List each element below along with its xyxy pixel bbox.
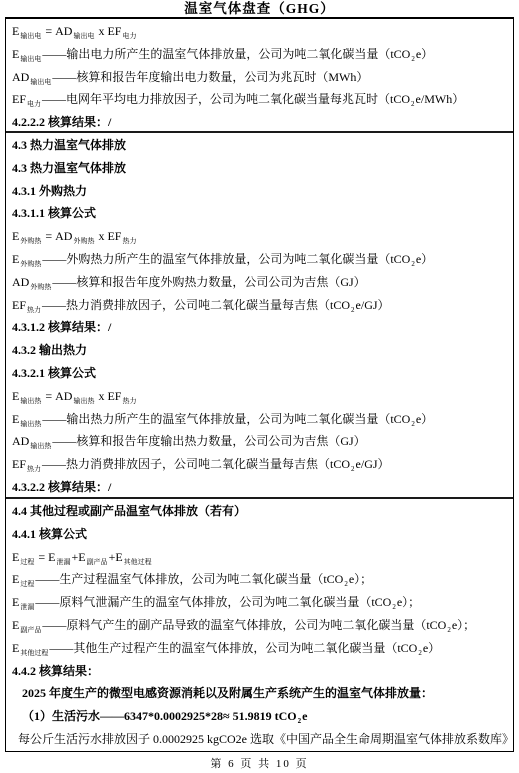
text-segment: e <box>302 709 307 723</box>
text-segment: ——外购热力所产生的温室气体排放量，公司为吨二氧化碳当量（tCO <box>42 252 410 266</box>
text-segment: 4.3.2 输出热力 <box>12 343 87 357</box>
document-page: 温室气体盘查（GHG） E输出电 = AD输出电 x EF电力E输出电——输出电… <box>0 0 519 773</box>
text-segment: E <box>12 229 19 243</box>
text-segment: E <box>12 550 19 564</box>
doc-line: E泄漏——原料气泄漏产生的温室气体排放，公司为吨二氧化碳当量（tCO2e）； <box>12 591 509 614</box>
table-cell-other-process: 4.4 其他过程或副产品温室气体排放（若有）4.4.1 核算公式E过程 = E泄… <box>6 499 513 748</box>
text-segment: x EF <box>95 24 121 38</box>
text-segment: x EF <box>95 389 121 403</box>
doc-line: 2025 年度生产的微型电感资源消耗以及附属生产系统产生的温室气体排放量： <box>12 682 509 705</box>
text-segment: ——热力消费排放因子，公司吨二氧化碳当量每吉焦（tCO <box>42 457 350 471</box>
text-segment: EF <box>12 92 26 106</box>
text-segment: ——核算和报告年度输出电力数量，公司为兆瓦时（MWh） <box>52 70 368 84</box>
text-segment: +E <box>109 550 123 564</box>
text-segment: = AD <box>42 24 72 38</box>
doc-line: AD外购热——核算和报告年度外购热力数量，公司公司为吉焦（GJ） <box>12 271 509 294</box>
page-title: 温室气体盘查（GHG） <box>0 0 519 17</box>
text-segment: ——热力消费排放因子，公司吨二氧化碳当量每吉焦（tCO <box>42 298 350 312</box>
formula-subscript: 其他过程 <box>20 649 48 657</box>
doc-line: （1）生活污水——6347*0.0002925*28≈ 51.9819 tCO2… <box>12 705 509 728</box>
formula-subscript: 2 <box>418 649 422 657</box>
text-segment: e） <box>423 641 440 655</box>
text-segment: e） <box>416 47 433 61</box>
text-segment: 4.4 其他过程或副产品温室气体排放（若有） <box>12 504 246 518</box>
text-segment: 4.3 热力温室气体排放 <box>12 138 126 152</box>
doc-line: E输出热——输出热力所产生的温室气体排放量，公司为吨二氧化碳当量（tCO2e） <box>12 408 509 431</box>
formula-subscript: 输出热 <box>20 397 41 405</box>
doc-line: 4.2.2.2 核算结果：/ <box>12 111 509 133</box>
formula-subscript: 2 <box>411 55 415 63</box>
text-segment: 4.2.2.2 核算结果：/ <box>12 115 111 129</box>
doc-line: EF电力——电网年平均电力排放因子，公司为吨二氧化碳当量每兆瓦时（tCO2e/M… <box>12 88 509 111</box>
text-segment: +E <box>71 550 85 564</box>
doc-line: 4.3.1.2 核算结果：/ <box>12 316 509 339</box>
text-segment: 4.3.2.1 核算公式 <box>12 366 96 380</box>
text-segment: = AD <box>42 389 72 403</box>
formula-subscript: 输出电 <box>20 32 41 40</box>
doc-line: 每公斤生活污水排放因子 0.0002925 kgCO2e 选取《中国产品全生命周… <box>12 728 509 748</box>
doc-line: E外购热——外购热力所产生的温室气体排放量，公司为吨二氧化碳当量（tCO2e） <box>12 248 509 271</box>
doc-line: AD输出热——核算和报告年度输出热力数量，公司公司为吉焦（GJ） <box>12 430 509 453</box>
formula-subscript: 2 <box>411 420 415 428</box>
text-segment: ——核算和报告年度输出热力数量，公司公司为吉焦（GJ） <box>52 434 365 448</box>
doc-line: 4.4 其他过程或副产品温室气体排放（若有） <box>12 500 509 523</box>
doc-line: E过程 = E泄漏+E副产品+E其他过程 <box>12 546 509 569</box>
text-segment: AD <box>12 434 29 448</box>
formula-subscript: 热力 <box>27 465 41 473</box>
formula-subscript: 副产品 <box>87 558 108 566</box>
text-segment: 4.3.1 外购热力 <box>12 184 87 198</box>
text-segment: 4.3.1.1 核算公式 <box>12 206 96 220</box>
text-segment: （1）生活污水——6347*0.0002925*28≈ 51.9819 tCO <box>22 709 297 723</box>
text-segment: E <box>12 618 19 632</box>
text-segment: e/MWh） <box>416 92 465 106</box>
text-segment: e）； <box>349 572 372 586</box>
ghg-content-table: E输出电 = AD输出电 x EF电力E输出电——输出电力所产生的温室气体排放量… <box>5 17 514 752</box>
text-segment: ——核算和报告年度外购热力数量，公司公司为吉焦（GJ） <box>52 275 365 289</box>
formula-subscript: 2 <box>411 260 415 268</box>
doc-line: E副产品——原料气产生的副产品导致的温室气体排放，公司为吨二氧化碳当量（tCO2… <box>12 614 509 637</box>
text-segment: E <box>12 252 19 266</box>
doc-line: E输出电——输出电力所产生的温室气体排放量，公司为吨二氧化碳当量（tCO2e） <box>12 43 509 66</box>
text-segment: ——其他生产过程产生的温室气体排放，公司为吨二氧化碳当量（tCO <box>49 641 417 655</box>
text-segment: x EF <box>95 229 121 243</box>
text-segment: = E <box>35 550 55 564</box>
text-segment: E <box>12 24 19 38</box>
formula-subscript: 泄漏 <box>20 603 34 611</box>
formula-subscript: 2 <box>411 100 415 108</box>
text-segment: = AD <box>42 229 72 243</box>
formula-subscript: 外购热 <box>30 283 51 291</box>
text-segment: e）； <box>452 618 475 632</box>
formula-subscript: 2 <box>351 306 355 314</box>
formula-subscript: 外购热 <box>20 237 41 245</box>
text-segment: ——原料气泄漏产生的温室气体排放，公司为吨二氧化碳当量（tCO <box>35 595 391 609</box>
doc-line: 4.4.2 核算结果： <box>12 660 509 683</box>
text-segment: 4.3.1.2 核算结果：/ <box>12 320 111 334</box>
doc-line: 4.3 热力温室气体排放 <box>12 157 509 180</box>
doc-line: 4.3.2.2 核算结果：/ <box>12 476 509 499</box>
page-number: 第 6 页 共 10 页 <box>0 755 519 771</box>
doc-line: 4.3 热力温室气体排放 <box>12 134 509 157</box>
text-segment: e） <box>416 412 433 426</box>
formula-subscript: 输出热 <box>73 397 94 405</box>
doc-line: AD输出电——核算和报告年度输出电力数量，公司为兆瓦时（MWh） <box>12 66 509 89</box>
doc-line: 4.3.2 输出热力 <box>12 339 509 362</box>
doc-line: 4.3.1 外购热力 <box>12 180 509 203</box>
formula-subscript: 输出电 <box>30 78 51 86</box>
formula-subscript: 泄漏 <box>56 558 70 566</box>
text-segment: E <box>12 389 19 403</box>
text-segment: E <box>12 572 19 586</box>
text-segment: E <box>12 412 19 426</box>
text-segment: AD <box>12 275 29 289</box>
formula-subscript: 电力 <box>122 32 136 40</box>
text-segment: ——电网年平均电力排放因子，公司为吨二氧化碳当量每兆瓦时（tCO <box>42 92 410 106</box>
formula-subscript: 电力 <box>27 100 41 108</box>
formula-subscript: 输出热 <box>30 442 51 450</box>
formula-subscript: 2 <box>392 603 396 611</box>
formula-subscript: 2 <box>447 626 451 634</box>
formula-subscript: 热力 <box>122 397 136 405</box>
doc-line: 4.3.1.1 核算公式 <box>12 202 509 225</box>
formula-subscript: 外购热 <box>73 237 94 245</box>
doc-line: E其他过程——其他生产过程产生的温室气体排放，公司为吨二氧化碳当量（tCO2e） <box>12 637 509 660</box>
doc-line: EF热力——热力消费排放因子，公司吨二氧化碳当量每吉焦（tCO2e/GJ） <box>12 294 509 317</box>
text-segment: E <box>12 595 19 609</box>
formula-subscript: 2 <box>298 717 302 725</box>
text-segment: ——输出热力所产生的温室气体排放量，公司为吨二氧化碳当量（tCO <box>42 412 410 426</box>
formula-subscript: 过程 <box>20 558 34 566</box>
text-segment: AD <box>12 70 29 84</box>
text-segment: E <box>12 47 19 61</box>
table-cell-output-electricity: E输出电 = AD输出电 x EF电力E输出电——输出电力所产生的温室气体排放量… <box>6 19 513 133</box>
doc-line: 4.3.2.1 核算公式 <box>12 362 509 385</box>
text-segment: 4.3 热力温室气体排放 <box>12 161 126 175</box>
formula-subscript: 输出热 <box>20 420 41 428</box>
doc-line: EF热力——热力消费排放因子，公司吨二氧化碳当量每吉焦（tCO2e/GJ） <box>12 453 509 476</box>
text-segment: ——原料气产生的副产品导致的温室气体排放，公司为吨二氧化碳当量（tCO <box>42 618 446 632</box>
formula-subscript: 外购热 <box>20 260 41 268</box>
formula-subscript: 2 <box>344 580 348 588</box>
formula-subscript: 热力 <box>122 237 136 245</box>
text-segment: ——输出电力所产生的温室气体排放量，公司为吨二氧化碳当量（tCO <box>42 47 410 61</box>
text-segment: E <box>12 641 19 655</box>
text-segment: 4.3.2.2 核算结果：/ <box>12 480 111 494</box>
text-segment: 4.4.2 核算结果： <box>12 664 99 678</box>
doc-line: E过程——生产过程温室气体排放，公司为吨二氧化碳当量（tCO2e）； <box>12 568 509 591</box>
doc-line: 4.4.1 核算公式 <box>12 523 509 546</box>
doc-line: E输出热 = AD输出热 x EF热力 <box>12 385 509 408</box>
formula-subscript: 输出电 <box>20 55 41 63</box>
text-segment: e/GJ） <box>356 298 390 312</box>
text-segment: EF <box>12 457 26 471</box>
formula-subscript: 2 <box>351 465 355 473</box>
text-segment: 4.4.1 核算公式 <box>12 527 87 541</box>
text-segment: e）； <box>397 595 420 609</box>
formula-subscript: 热力 <box>27 306 41 314</box>
text-segment: e） <box>416 252 433 266</box>
formula-subscript: 过程 <box>20 580 34 588</box>
text-segment: ——生产过程温室气体排放，公司为吨二氧化碳当量（tCO <box>35 572 343 586</box>
table-cell-heat-emissions: 4.3 热力温室气体排放4.3 热力温室气体排放4.3.1 外购热力4.3.1.… <box>6 133 513 499</box>
text-segment: EF <box>12 298 26 312</box>
text-segment: 每公斤生活污水排放因子 0.0002925 kgCO2e 选取《中国产品全生命周… <box>18 732 513 746</box>
formula-subscript: 副产品 <box>20 626 41 634</box>
text-segment: 2025 年度生产的微型电感资源消耗以及附属生产系统产生的温室气体排放量： <box>22 686 433 700</box>
formula-subscript: 其他过程 <box>124 558 152 566</box>
doc-line: E外购热 = AD外购热 x EF热力 <box>12 225 509 248</box>
text-segment: e/GJ） <box>356 457 390 471</box>
doc-line: E输出电 = AD输出电 x EF电力 <box>12 20 509 43</box>
formula-subscript: 输出电 <box>73 32 94 40</box>
